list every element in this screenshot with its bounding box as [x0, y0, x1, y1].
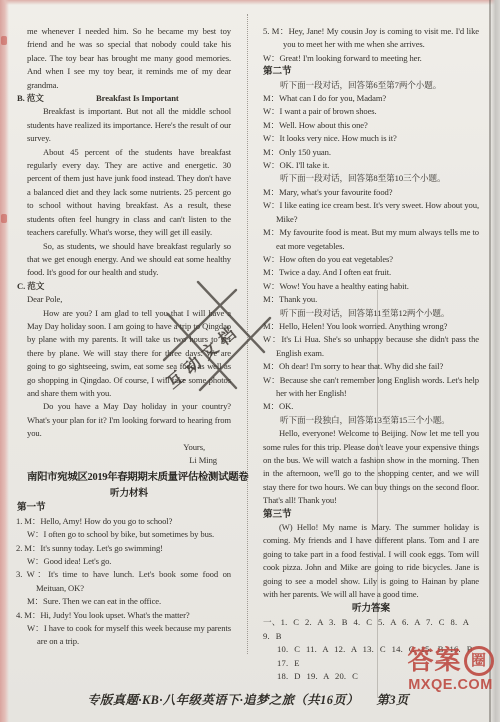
dialogue-line: 5. M：Hey, Jane! My cousin Joy is coming … — [263, 25, 479, 52]
dialogue-line: M：Twice a day. And I often eat fruit. — [263, 266, 479, 279]
section-b-label: B. 范文 — [17, 92, 44, 105]
essay-b-paragraph: So, as students, we should have breakfas… — [27, 240, 231, 280]
dialogue-line: M：Mary, what's your favourite food? — [263, 186, 479, 199]
page-top-edge — [0, 0, 500, 5]
watermark-brand-text: 答案 — [407, 646, 461, 676]
dialogue-line: M：What can I do for you, Madam? — [263, 92, 479, 105]
page-left-edge — [0, 0, 9, 722]
dialogue-line: 1. M：Hello, Amy! How do you go to school… — [16, 515, 231, 528]
scan-mark — [1, 214, 7, 223]
answers-line: 一、1. C 2. A 3. B 4. C 5. A 6. A 7. C 8. … — [263, 616, 479, 643]
letter-paragraph: Do you have a May Day holiday in your co… — [27, 400, 231, 440]
section-intro: 听下面一段独白，回答第13至第15三个小题。 — [263, 414, 479, 427]
listening-material-heading: 听力材料 — [27, 486, 231, 501]
dialogue-line: 2. M：It's sunny today. Let's go swimming… — [16, 542, 231, 555]
dialogue-line: M：My favourite food is meat. But my mum … — [263, 226, 479, 253]
column-divider — [247, 14, 248, 654]
dialogue-line: W：It's Li Hua. She's so unhappy because … — [263, 333, 479, 360]
dialogue-line: W：Wow! You have a healthy eating habit. — [263, 280, 479, 293]
section-intro: 听下面一段对话，回答第11至第12两个小题。 — [263, 307, 479, 320]
dialogue-line: W：OK. I'll take it. — [263, 159, 479, 172]
dialogue-line: W：Great! I'm looking forward to meeting … — [263, 52, 479, 65]
dialogue-line: M：Hello, Helen! You look worried. Anythi… — [263, 320, 479, 333]
dialogue-line: W：How often do you eat vegetables? — [263, 253, 479, 266]
footer-page-number: 第3页 — [377, 693, 409, 707]
section-intro: 听下面一段对话，回答第6至第7两个小题。 — [263, 79, 479, 92]
letter-salutation: Dear Pole, — [27, 293, 231, 306]
letter-paragraph: How are you? I am glad to tell you that … — [27, 307, 231, 401]
essay-a-continuation: me whenever I needed him. So he became m… — [27, 25, 231, 92]
site-watermark: 答案 圈 MXQE.COM — [402, 646, 499, 693]
dialogue-line: M：Thank you. — [263, 293, 479, 306]
listening-answers-heading: 听力答案 — [263, 601, 479, 616]
dialogue-line: 3. W：It's time to have lunch. Let's book… — [16, 568, 231, 595]
page-spine-line — [489, 0, 491, 722]
page-footer: 专版真题·KB·八年级英语下·追梦之旅（共16页） 第3页 — [14, 690, 482, 708]
right-column: 5. M：Hey, Jane! My cousin Joy is coming … — [263, 25, 479, 684]
dialogue-line: M：Well. How about this one? — [263, 119, 479, 132]
essay-b-paragraph: About 45 percent of the students have br… — [27, 146, 231, 240]
dialogue-line: W：I want a pair of brown shoes. — [263, 105, 479, 118]
dialogue-line: W：Good idea! Let's go. — [27, 555, 231, 568]
part3-heading: 第三节 — [263, 508, 479, 521]
dialogue-line: M：Sure. Then we can eat in the office. — [27, 595, 231, 608]
essay-b-title: Breakfast Is Important — [44, 92, 231, 105]
paper-title: 南阳市宛城区2019年春期期末质量评估检测试题卷 — [27, 470, 231, 486]
scanned-answer-page: me whenever I needed him. So he became m… — [0, 0, 500, 722]
dialogue-line: W：I often go to school by bike, but some… — [27, 528, 231, 541]
dialogue-line: W：I have to cook for myself this week be… — [27, 622, 231, 649]
footer-series-text: 专版真题·KB·八年级英语下·追梦之旅（共16页） — [87, 693, 359, 707]
dialogue-line: W：Because she can't remember long Englis… — [263, 374, 479, 401]
dialogue-line: W：I like eating ice cream best. It's ver… — [263, 199, 479, 226]
scan-mark — [1, 36, 7, 45]
dialogue-line: M：Only 150 yuan. — [263, 146, 479, 159]
section-intro: 听下面一段对话，回答第8至第10三个小题。 — [263, 172, 479, 185]
letter-signature: Li Ming — [27, 454, 231, 467]
dialogue-line: M：Oh dear! I'm sorry to hear that. Why d… — [263, 360, 479, 373]
section-c-label: C. 范文 — [17, 280, 231, 293]
page-right-edge — [490, 0, 500, 722]
watermark-logo: 答案 圈 — [402, 646, 499, 676]
dialogue-line: W：It looks very nice. How much is it? — [263, 132, 479, 145]
monologue-paragraph: (W) Hello! My name is Mary. The summer h… — [263, 521, 479, 601]
left-column: me whenever I needed him. So he became m… — [27, 25, 231, 649]
monologue-paragraph: Hello, everyone! Welcome to Beijing. Now… — [263, 427, 479, 507]
part2-heading: 第二节 — [263, 65, 479, 78]
dialogue-line: M：OK. — [263, 400, 479, 413]
section-b-row: B. 范文 Breakfast Is Important — [17, 92, 231, 105]
essay-b-paragraph: Breakfast is important. But not all the … — [27, 105, 231, 145]
part1-heading: 第一节 — [17, 501, 231, 514]
letter-closing: Yours, — [27, 441, 231, 454]
watermark-circle-badge: 圈 — [464, 646, 494, 676]
dialogue-line: 4. M：Hi, Judy! You look upset. What's th… — [16, 609, 231, 622]
